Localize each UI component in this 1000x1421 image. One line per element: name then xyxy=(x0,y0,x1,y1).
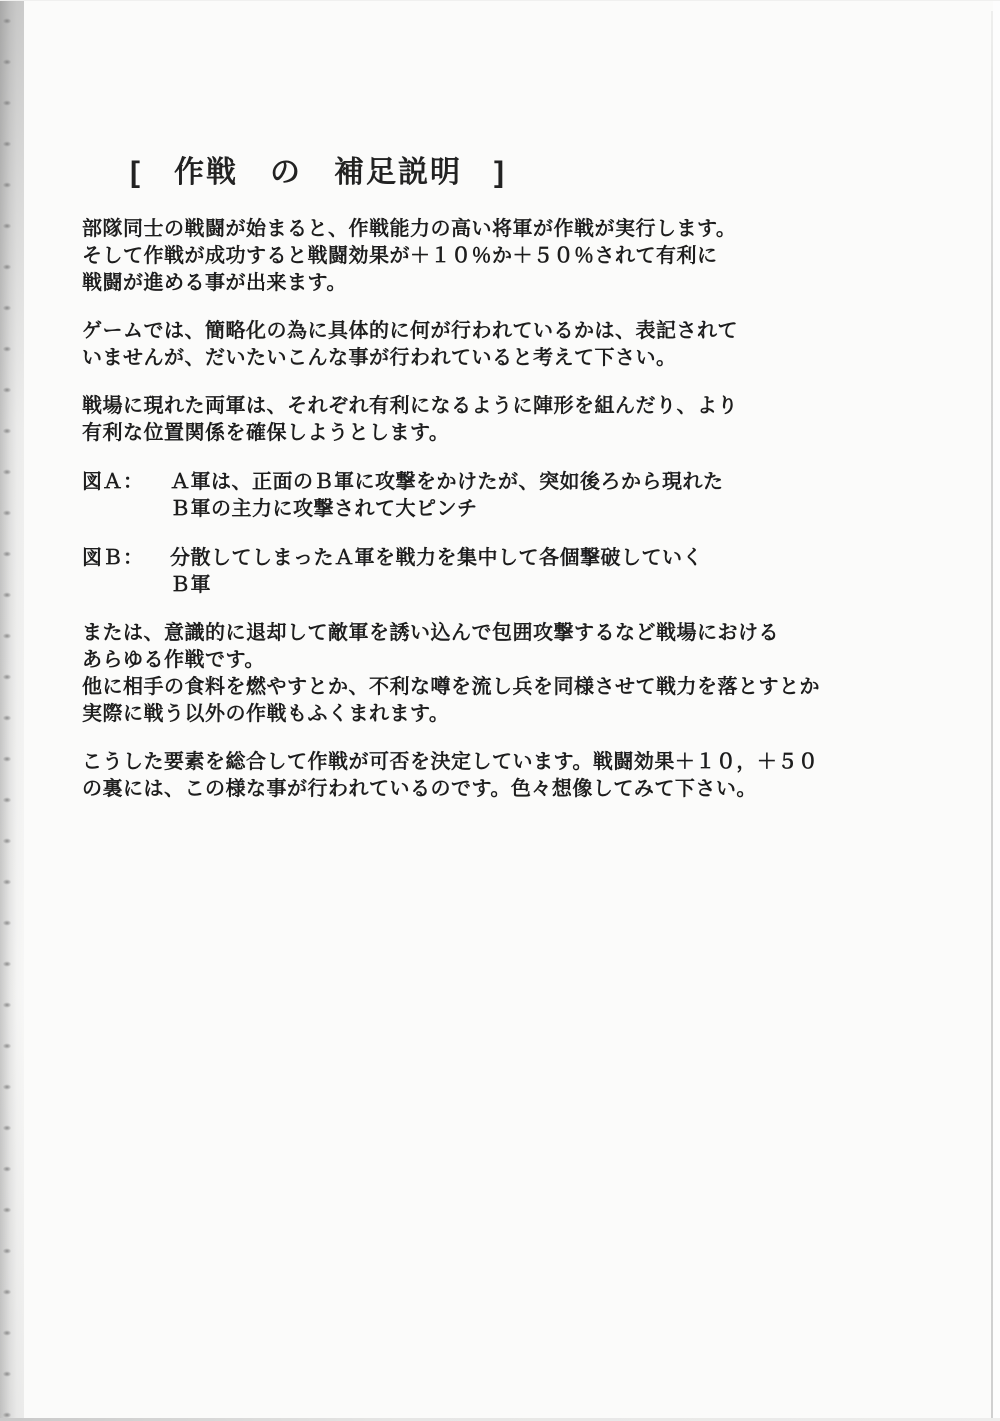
text-line: ゲームでは、簡略化の為に具体的に何が行われているかは、表記されて xyxy=(82,318,942,345)
paragraph-battle-operations: 部隊同士の戦闘が始まると、作戦能力の高い将軍が作戦が実行します。 そして作戦が成… xyxy=(82,216,942,297)
text-line: または、意識的に退却して敵軍を誘い込んで包囲攻撃するなど戦場における xyxy=(82,620,942,647)
page-title: [ 作戦 の 補足説明 ] xyxy=(130,151,942,195)
figure-a-caption: 図Ａ： Ａ軍は、正面のＢ軍に攻撃をかけたが、突如後ろから現れた Ｂ軍の主力に攻撃… xyxy=(82,469,942,523)
binding-edge-shadow xyxy=(0,1,24,1421)
figure-b-caption: 図Ｂ： 分散してしまったＡ軍を戦力を集中して各個撃破していく Ｂ軍 xyxy=(82,545,942,599)
paragraph-battlefield-formations: 戦場に現れた両軍は、それぞれ有利になるように陣形を組んだり、より 有利な位置関係… xyxy=(82,393,942,447)
scanned-document-page: [ 作戦 の 補足説明 ] 部隊同士の戦闘が始まると、作戦能力の高い将軍が作戦が… xyxy=(0,0,1000,1421)
figure-b-text: 分散してしまったＡ軍を戦力を集中して各個撃破していく Ｂ軍 xyxy=(170,545,703,599)
text-line: Ａ軍は、正面のＢ軍に攻撃をかけたが、突如後ろから現れた xyxy=(170,469,724,496)
figure-a-text: Ａ軍は、正面のＢ軍に攻撃をかけたが、突如後ろから現れた Ｂ軍の主力に攻撃されて大… xyxy=(170,469,724,523)
text-line: 他に相手の食料を燃やすとか、不利な噂を流し兵を同様させて戦力を落とすとか xyxy=(82,674,942,701)
text-line: 有利な位置関係を確保しようとします。 xyxy=(82,420,942,447)
text-line: いませんが、だいたいこんな事が行われていると考えて下さい。 xyxy=(82,345,942,372)
text-line: あらゆる作戦です。 xyxy=(82,647,942,674)
text-line: 部隊同士の戦闘が始まると、作戦能力の高い将軍が作戦が実行します。 xyxy=(82,216,942,243)
document-content: [ 作戦 の 補足説明 ] 部隊同士の戦闘が始まると、作戦能力の高い将軍が作戦が… xyxy=(82,151,942,803)
page-right-margin xyxy=(993,1,1000,1421)
text-line: の裏には、この様な事が行われているのです。色々想像してみて下さい。 xyxy=(82,776,942,803)
page-edge-line xyxy=(991,11,993,1421)
text-line: そして作戦が成功すると戦闘効果が＋１０％か＋５０％されて有利に xyxy=(82,243,942,270)
paragraph-other-strategies: または、意識的に退却して敵軍を誘い込んで包囲攻撃するなど戦場における あらゆる作… xyxy=(82,620,942,728)
paragraph-game-simplification: ゲームでは、簡略化の為に具体的に何が行われているかは、表記されて いませんが、だ… xyxy=(82,318,942,372)
text-line: 分散してしまったＡ軍を戦力を集中して各個撃破していく xyxy=(170,545,703,572)
paragraph-conclusion: こうした要素を総合して作戦が可否を決定しています。戦闘効果＋１０，＋５０ の裏に… xyxy=(82,749,942,803)
figure-b-label: 図Ｂ： xyxy=(82,545,170,599)
binding-hole-marks xyxy=(0,1,18,1421)
text-line: 実際に戦う以外の作戦もふくまれます。 xyxy=(82,701,942,728)
text-line: こうした要素を総合して作戦が可否を決定しています。戦闘効果＋１０，＋５０ xyxy=(82,749,942,776)
text-line: Ｂ軍 xyxy=(170,572,703,599)
text-line: Ｂ軍の主力に攻撃されて大ピンチ xyxy=(170,496,724,523)
figure-a-label: 図Ａ： xyxy=(82,469,170,523)
text-line: 戦場に現れた両軍は、それぞれ有利になるように陣形を組んだり、より xyxy=(82,393,942,420)
text-line: 戦闘が進める事が出来ます。 xyxy=(82,270,942,297)
